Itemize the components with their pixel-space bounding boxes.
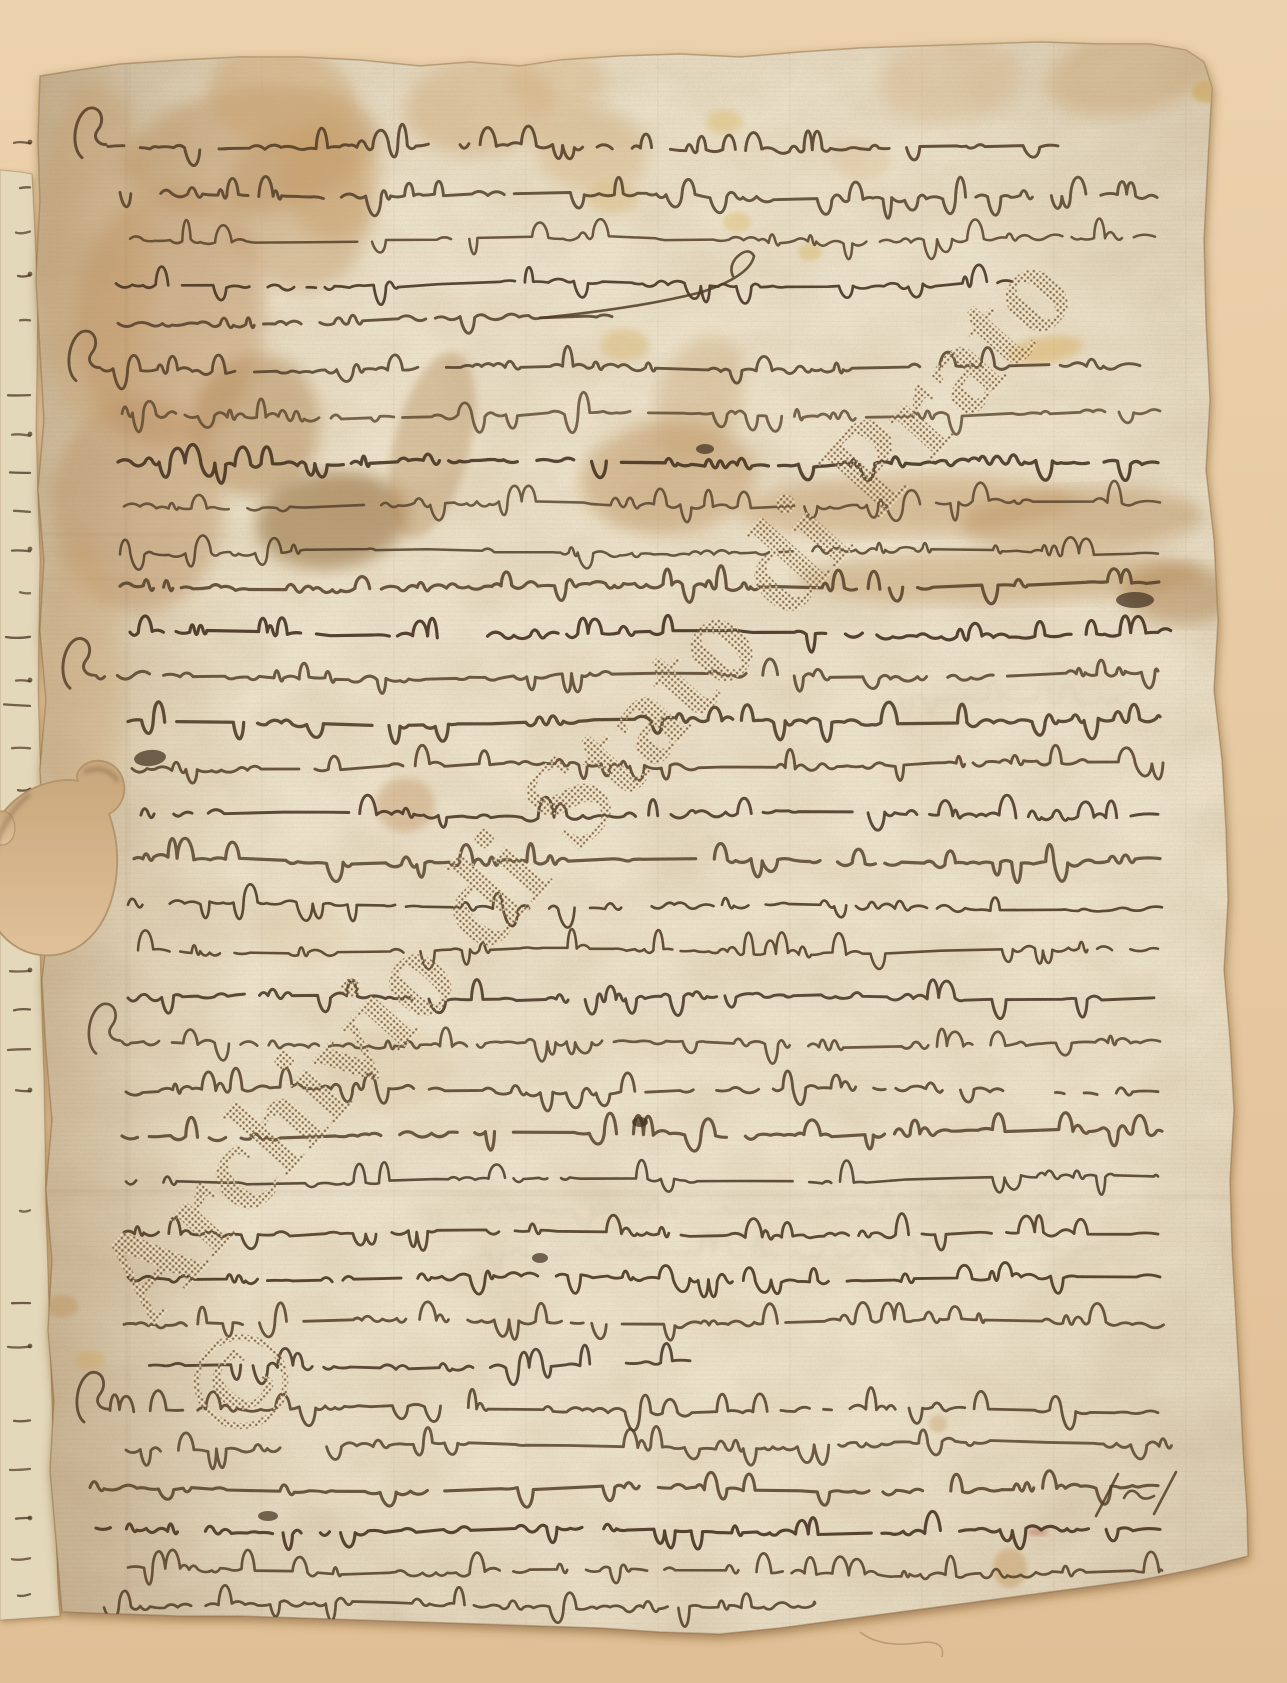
edge-vignette	[0, 0, 1287, 1683]
paper-surface	[0, 0, 1287, 1683]
manuscript-scan-image: © Archivio di Stato di Prato	[0, 0, 1287, 1683]
manuscript-scan: © Archivio di Stato di Prato	[0, 0, 1287, 1683]
letter-page	[0, 0, 1287, 1683]
